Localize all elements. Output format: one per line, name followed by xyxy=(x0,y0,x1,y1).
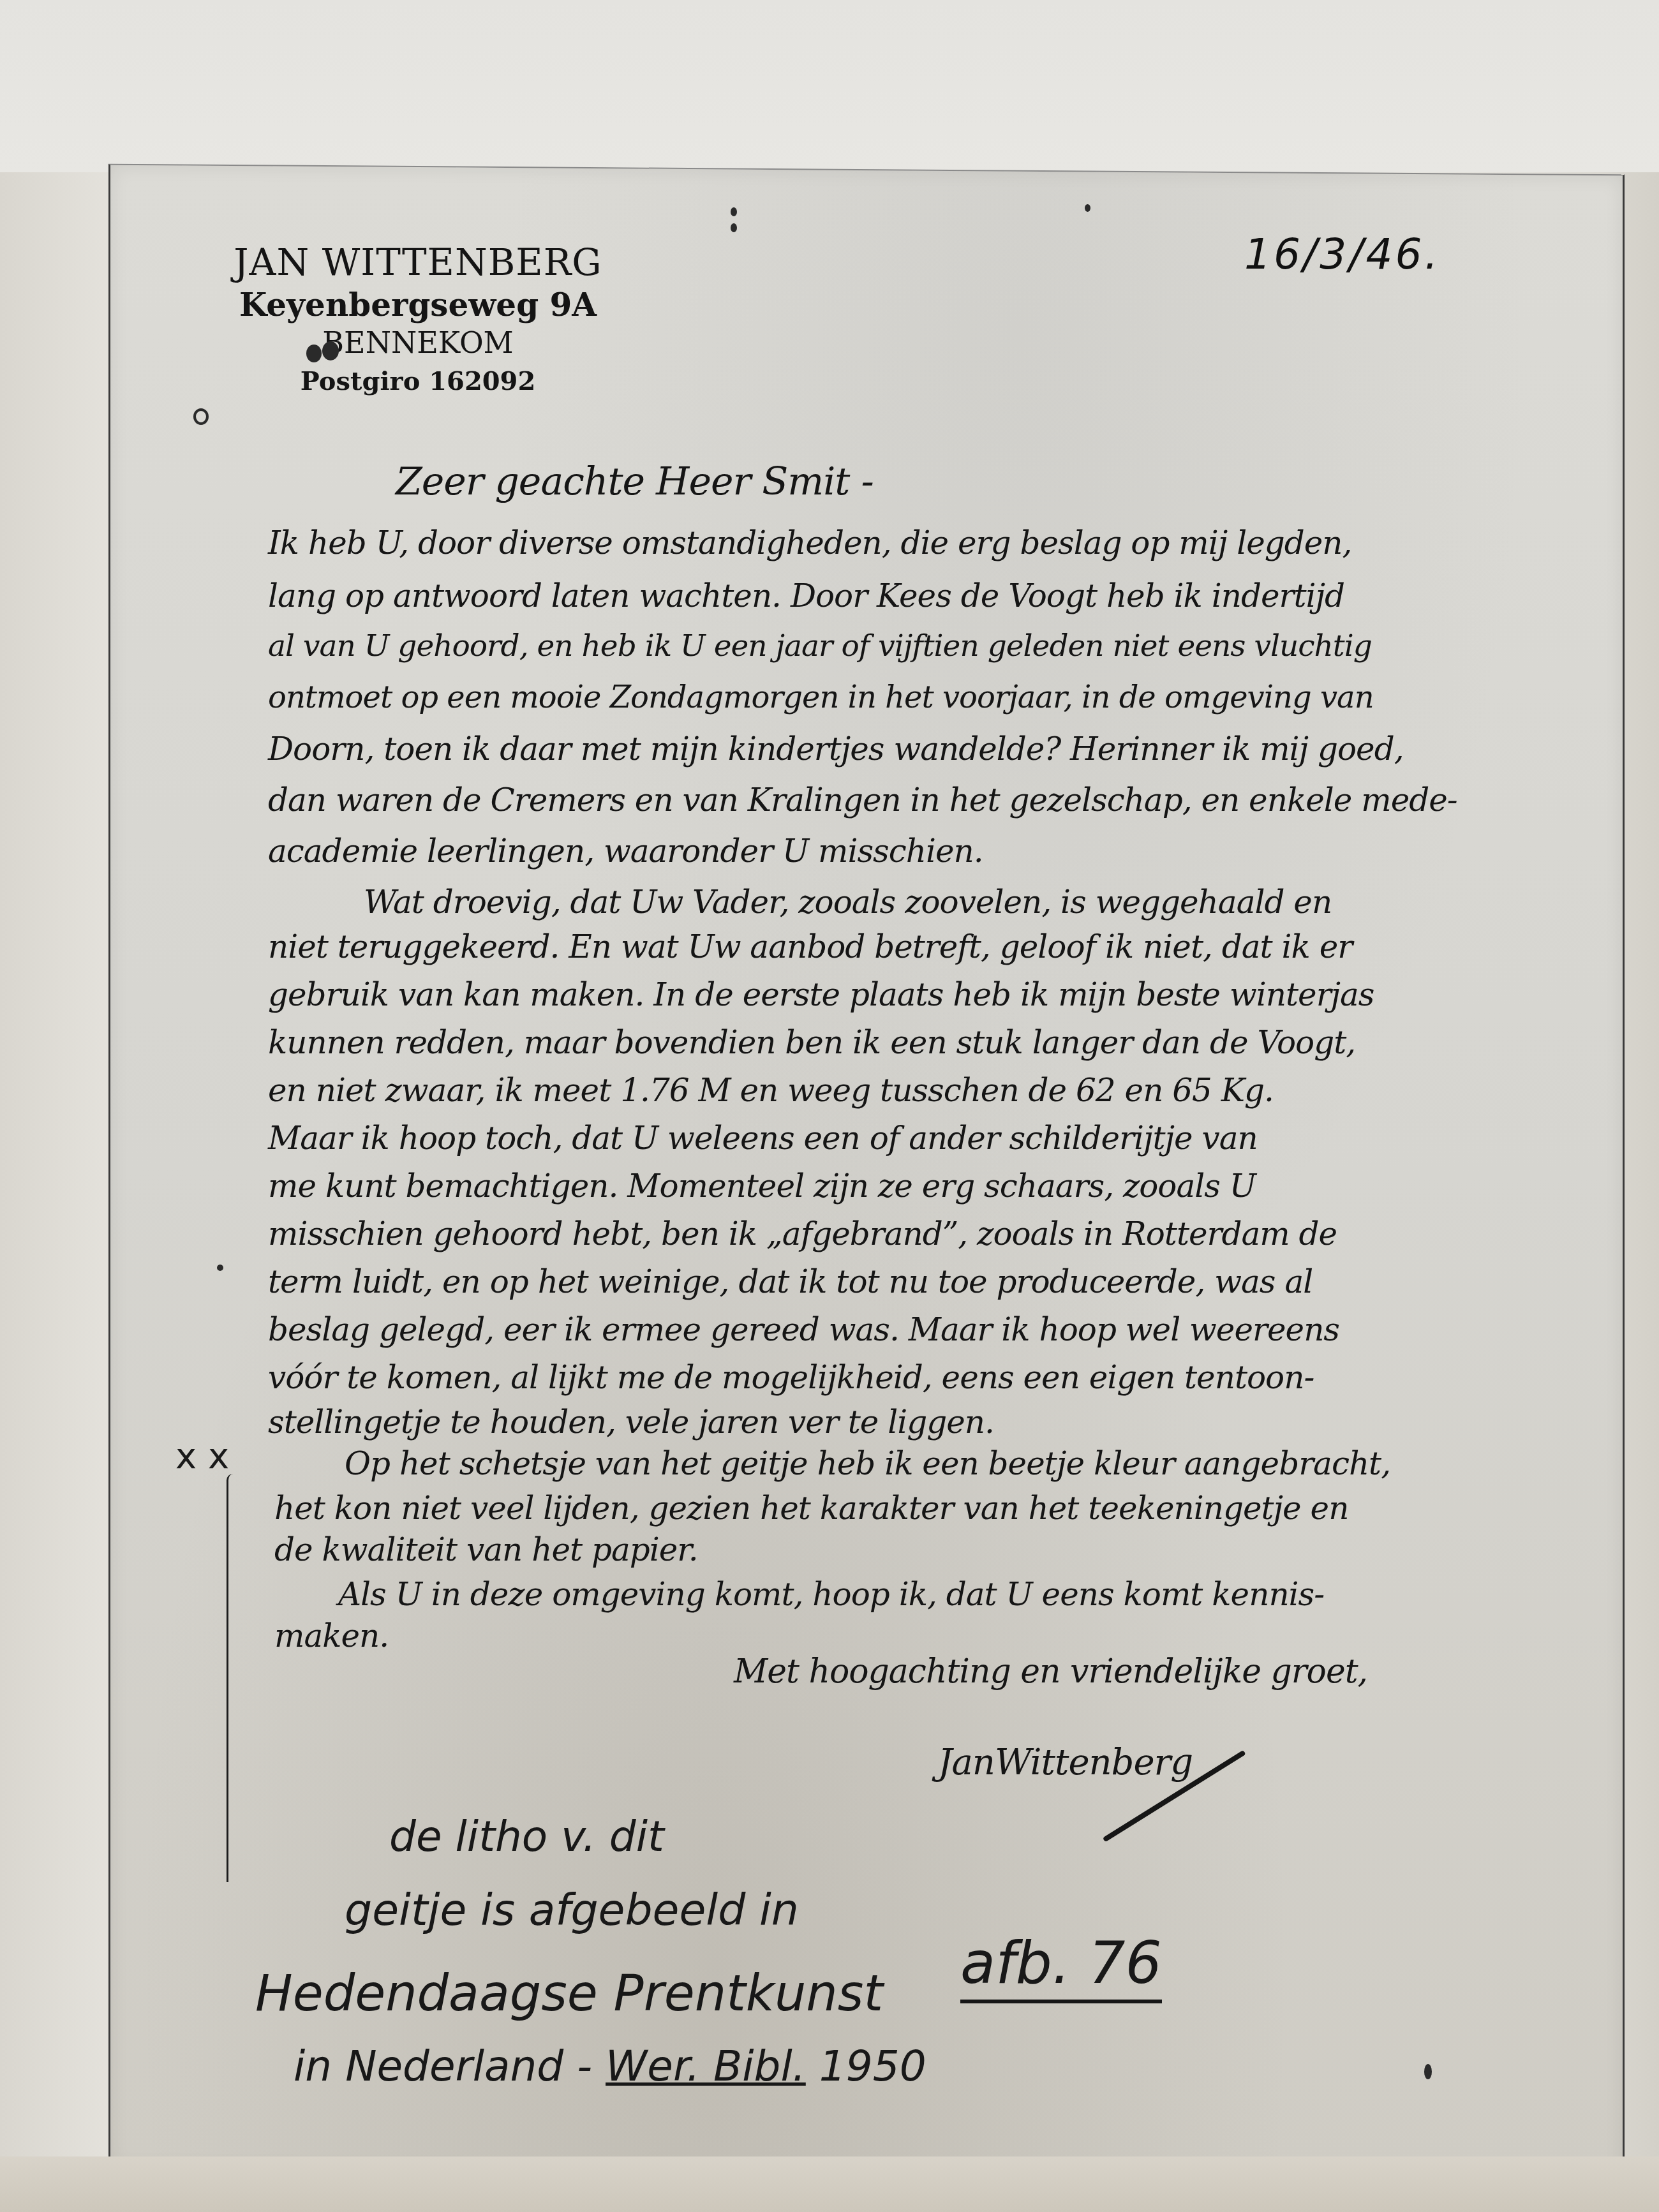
body-line: Als U in deze omgeving komt, hoop ik, da… xyxy=(338,1576,1324,1613)
body-line: Ik heb U, door diverse omstandigheden, d… xyxy=(268,524,1351,561)
body-line: misschien gehoord hebt, ben ik „afgebran… xyxy=(268,1215,1337,1252)
ink-speck xyxy=(1424,2064,1432,2079)
body-line: vóór te komen, al lijkt me de mogelijkhe… xyxy=(268,1359,1314,1396)
annotation-figure-reference: afb. 76 xyxy=(960,1930,1162,2003)
annotation-publisher: Wer. Bibl. xyxy=(606,2042,806,2091)
annotation-line: in Nederland - Wer. Bibl. 1950 xyxy=(294,2042,926,2091)
punch-hole-icon xyxy=(193,408,209,425)
backing-board xyxy=(0,0,1659,172)
annotation-line-text: in Nederland - xyxy=(294,2042,592,2091)
annotation-year: 1950 xyxy=(819,2042,926,2091)
letterhead-name: JAN WITTENBERG xyxy=(211,239,625,285)
body-line: lang op antwoord laten wachten. Door Kee… xyxy=(268,577,1344,614)
letterhead-postgiro: Postgiro 162092 xyxy=(211,363,625,400)
body-line: Doorn, toen ik daar met mijn kindertjes … xyxy=(268,731,1404,768)
body-line: maken. xyxy=(274,1617,389,1654)
body-line: Maar ik hoop toch, dat U weleens een of … xyxy=(268,1120,1258,1157)
ink-speck xyxy=(217,1265,223,1271)
body-line: ontmoet op een mooie Zondagmorgen in het… xyxy=(268,679,1374,715)
body-line: al van U gehoord, en heb ik U een jaar o… xyxy=(268,628,1372,664)
margin-bracket-line xyxy=(227,1474,254,1882)
body-line: dan waren de Cremers en van Kralingen in… xyxy=(268,782,1457,819)
body-line: Wat droevig, dat Uw Vader, zooals zoovel… xyxy=(364,884,1332,921)
body-line: me kunt bemachtigen. Momenteel zijn ze e… xyxy=(268,1168,1256,1205)
ink-speck xyxy=(731,207,737,216)
letter-date: 16/3/46. xyxy=(1244,230,1440,279)
body-line: beslag gelegd, eer ik ermee gereed was. … xyxy=(268,1311,1339,1348)
body-line: stellingetje te houden, vele jaren ver t… xyxy=(268,1404,994,1441)
ink-blot xyxy=(306,345,322,362)
letterhead-city: BENNEKOM xyxy=(211,325,625,360)
ink-blot xyxy=(322,341,339,360)
closing: Met hoogachting en vriendelijke groet, xyxy=(734,1652,1367,1691)
signature: JanWittenberg xyxy=(938,1742,1193,1783)
body-line: de kwaliteit van het papier. xyxy=(274,1531,698,1568)
letterhead: JAN WITTENBERG Keyenbergseweg 9A BENNEKO… xyxy=(211,239,625,400)
ink-speck xyxy=(1085,204,1090,212)
body-line: kunnen redden, maar bovendien ben ik een… xyxy=(268,1024,1355,1061)
ink-speck xyxy=(731,223,737,232)
body-line: en niet zwaar, ik meet 1.76 M en weeg tu… xyxy=(268,1072,1274,1109)
letterhead-street: Keyenbergseweg 9A xyxy=(211,285,625,325)
body-line: academie leerlingen, waaronder U misschi… xyxy=(268,833,983,870)
body-line: term luidt, en op het weinige, dat ik to… xyxy=(268,1263,1313,1300)
salutation: Zeer geachte Heer Smit - xyxy=(396,459,874,504)
annotation-line: Hedendaagse Prentkunst xyxy=(255,1965,883,2023)
margin-cross-mark: x x xyxy=(175,1436,229,1477)
body-line: het kon niet veel lijden, gezien het kar… xyxy=(274,1490,1348,1527)
annotation-line: de litho v. dit xyxy=(389,1812,664,1861)
backing-board-bottom xyxy=(0,2156,1659,2212)
body-line: Op het schetsje van het geitje heb ik ee… xyxy=(345,1445,1390,1482)
annotation-line: geitje is afgebeeld in xyxy=(345,1885,799,1936)
body-line: niet teruggekeerd. En wat Uw aanbod betr… xyxy=(268,928,1352,965)
body-line: gebruik van kan maken. In de eerste plaa… xyxy=(268,976,1374,1013)
